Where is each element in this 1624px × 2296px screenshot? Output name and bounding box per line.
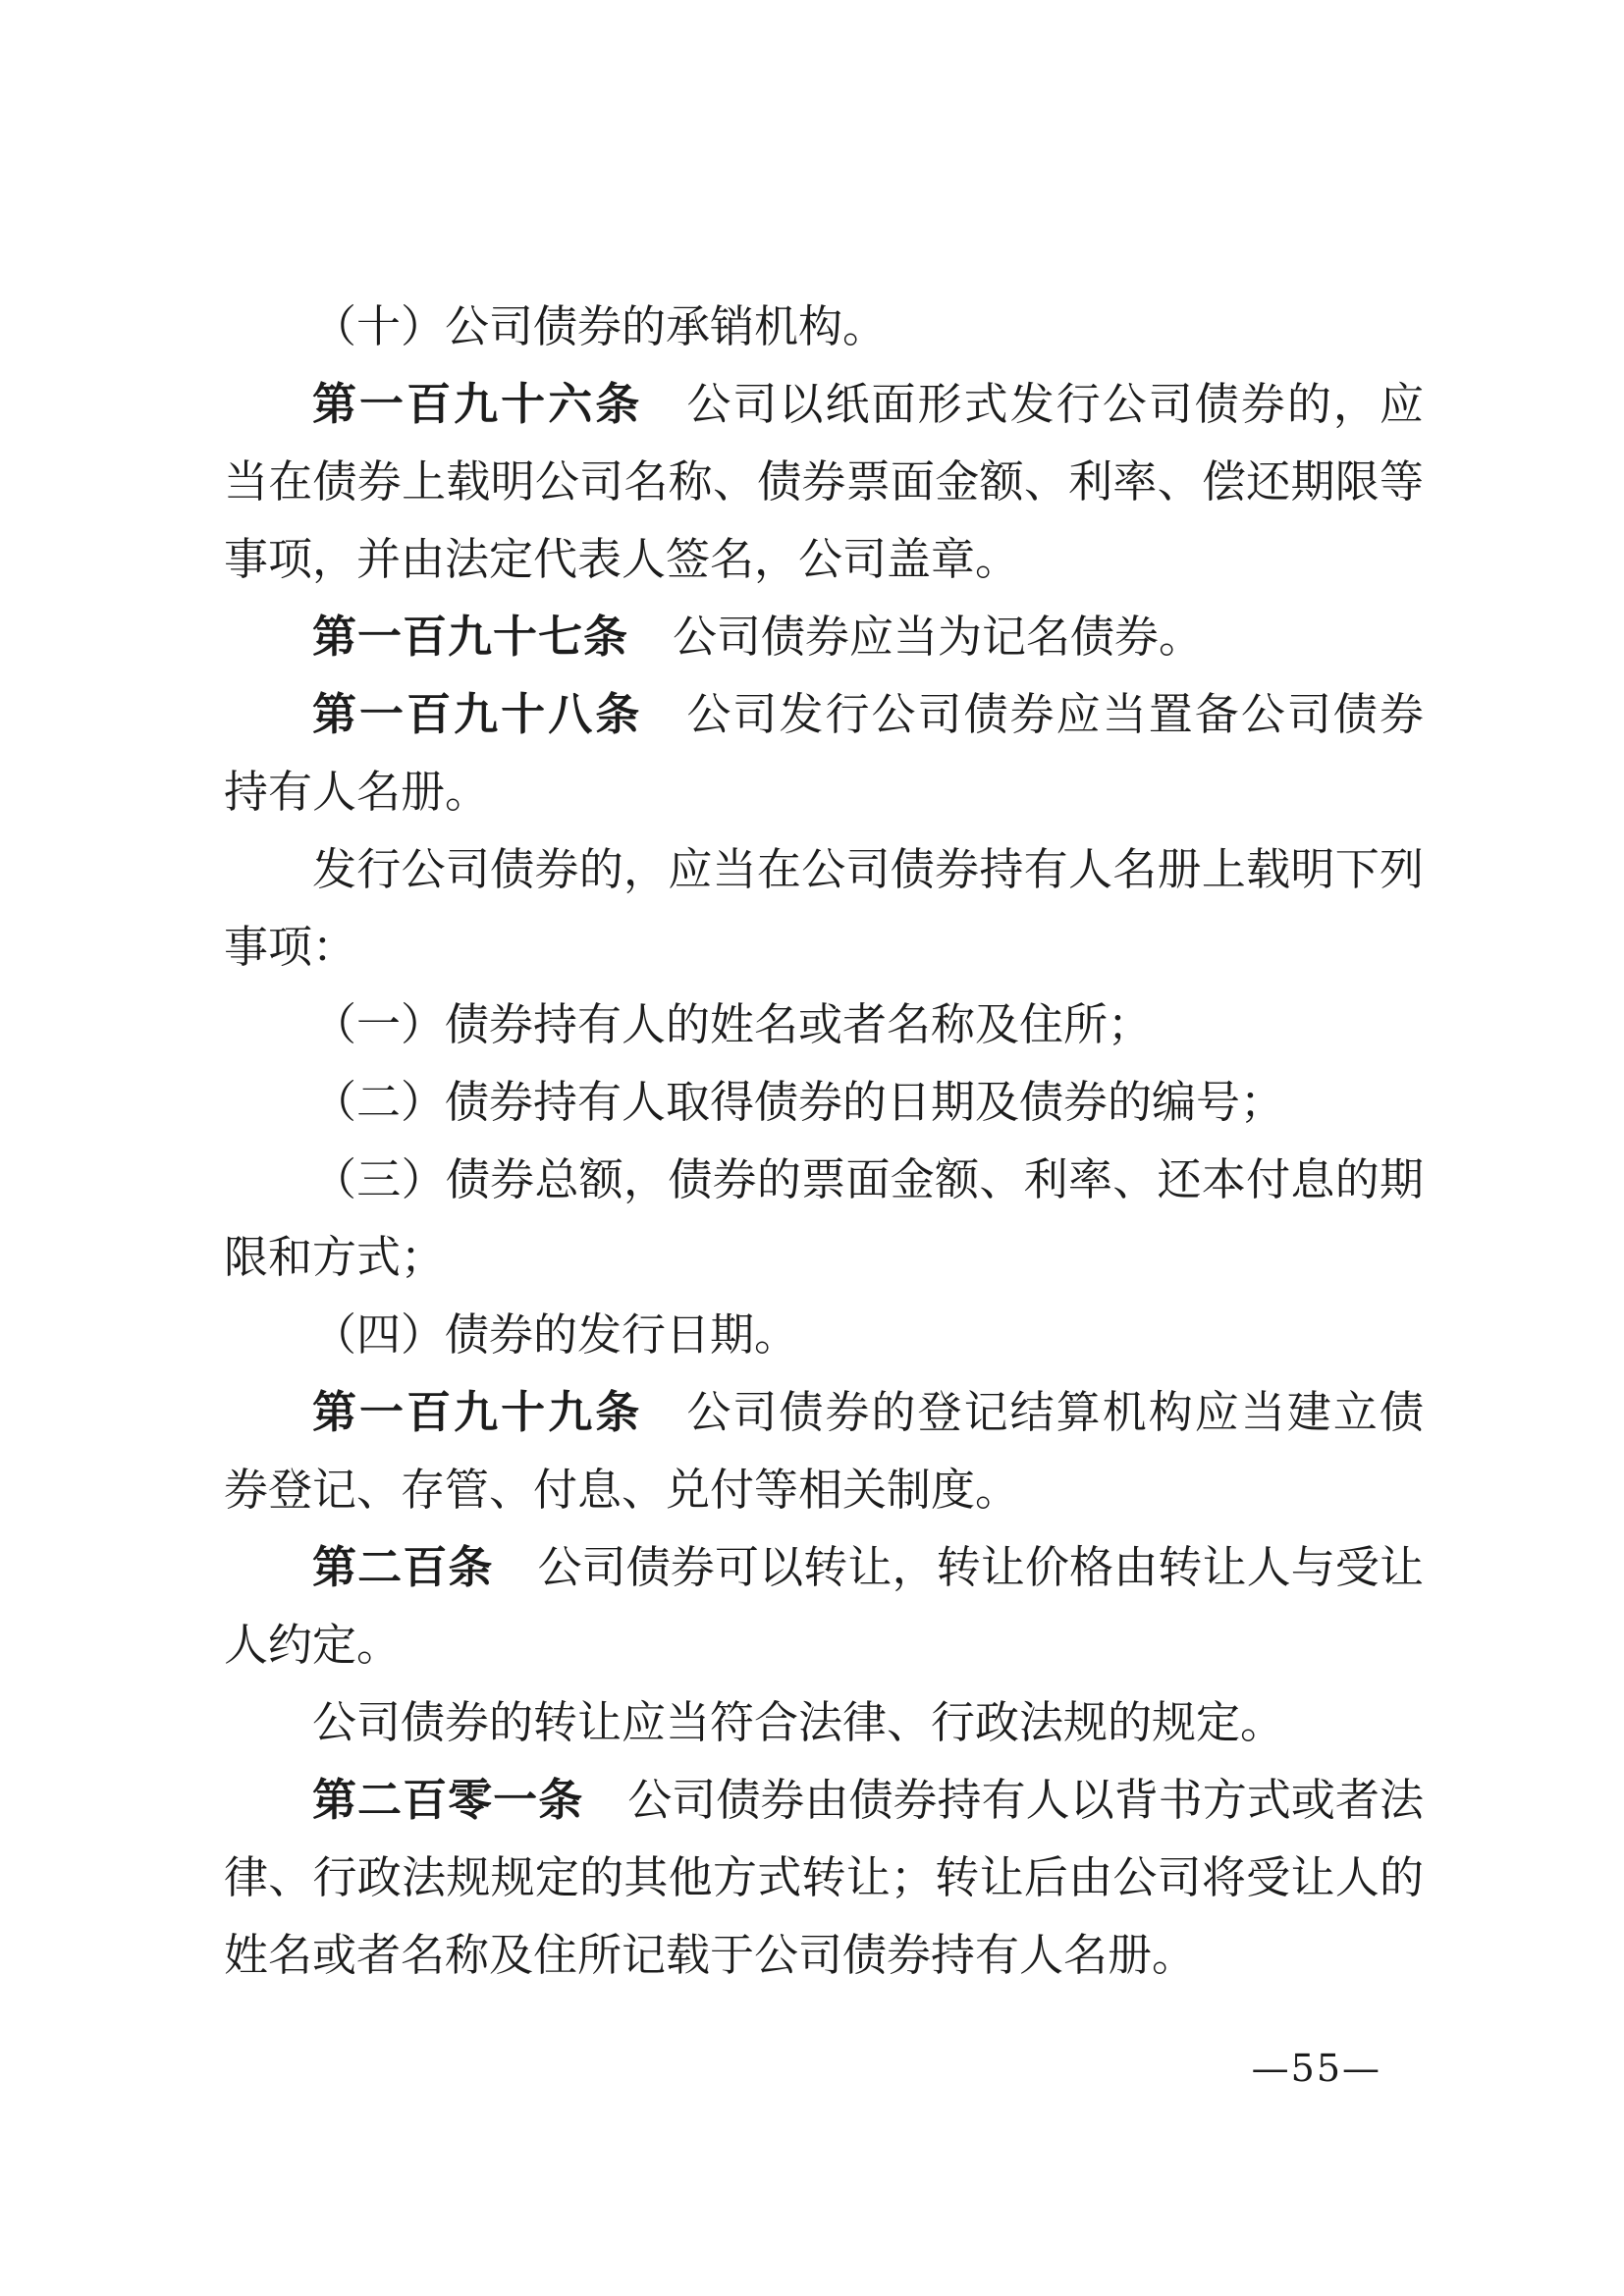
article-number: 第一百九十六条 — [312, 378, 642, 430]
article-number: 第一百九十七条 — [312, 611, 628, 663]
paragraph-text: （十）公司债券的承销机构。 — [312, 300, 887, 352]
article-paragraph: 第一百九十九条公司债券的登记结算机构应当建立债券登记、存管、付息、兑付等相关制度… — [224, 1373, 1424, 1528]
body-paragraph: （二）债券持有人取得债券的日期及债券的编号； — [224, 1063, 1424, 1141]
article-paragraph: 第一百九十六条公司以纸面形式发行公司债券的，应当在债券上载明公司名称、债券票面金… — [224, 365, 1424, 598]
body-paragraph: （四）债券的发行日期。 — [224, 1296, 1424, 1373]
paragraph-text: 公司债券的转让应当符合法律、行政法规的规定。 — [312, 1696, 1284, 1748]
body-paragraph: 发行公司债券的，应当在公司债券持有人名册上载明下列事项： — [224, 830, 1424, 986]
article-paragraph: 第二百零一条公司债券由债券持有人以背书方式或者法律、行政法规规定的其他方式转让；… — [224, 1761, 1424, 1994]
paragraph-text: 公司债券应当为记名债券。 — [673, 611, 1203, 663]
article-number: 第一百九十九条 — [312, 1386, 642, 1438]
article-number: 第一百九十八条 — [312, 688, 642, 740]
article-number: 第二百条 — [312, 1541, 494, 1593]
document-page: （十）公司债券的承销机构。 第一百九十六条公司以纸面形式发行公司债券的，应当在债… — [0, 0, 1624, 2296]
body-paragraph: （一）债券持有人的姓名或者名称及住所； — [224, 986, 1424, 1063]
article-number: 第二百零一条 — [312, 1774, 583, 1826]
body-paragraph: （三）债券总额，债券的票面金额、利率、还本付息的期限和方式； — [224, 1141, 1424, 1296]
article-paragraph: 第一百九十八条公司发行公司债券应当置备公司债券持有人名册。 — [224, 675, 1424, 830]
paragraph-text: （四）债券的发行日期。 — [312, 1308, 798, 1361]
document-body: （十）公司债券的承销机构。 第一百九十六条公司以纸面形式发行公司债券的，应当在债… — [224, 288, 1424, 1994]
page-number: —55— — [1252, 2047, 1381, 2090]
paragraph-text: （二）债券持有人取得债券的日期及债券的编号； — [312, 1076, 1284, 1128]
paragraph-text: （三）债券总额，债券的票面金额、利率、还本付息的期限和方式； — [224, 1153, 1424, 1283]
article-paragraph: 第二百条公司债券可以转让，转让价格由转让人与受让人约定。 — [224, 1528, 1424, 1683]
paragraph-text: （一）债券持有人的姓名或者名称及住所； — [312, 998, 1152, 1050]
body-paragraph: 公司债券的转让应当符合法律、行政法规的规定。 — [224, 1683, 1424, 1761]
article-paragraph: 第一百九十七条公司债券应当为记名债券。 — [224, 598, 1424, 675]
paragraph-text: 发行公司债券的，应当在公司债券持有人名册上载明下列事项： — [224, 843, 1424, 973]
body-paragraph: （十）公司债券的承销机构。 — [224, 288, 1424, 365]
